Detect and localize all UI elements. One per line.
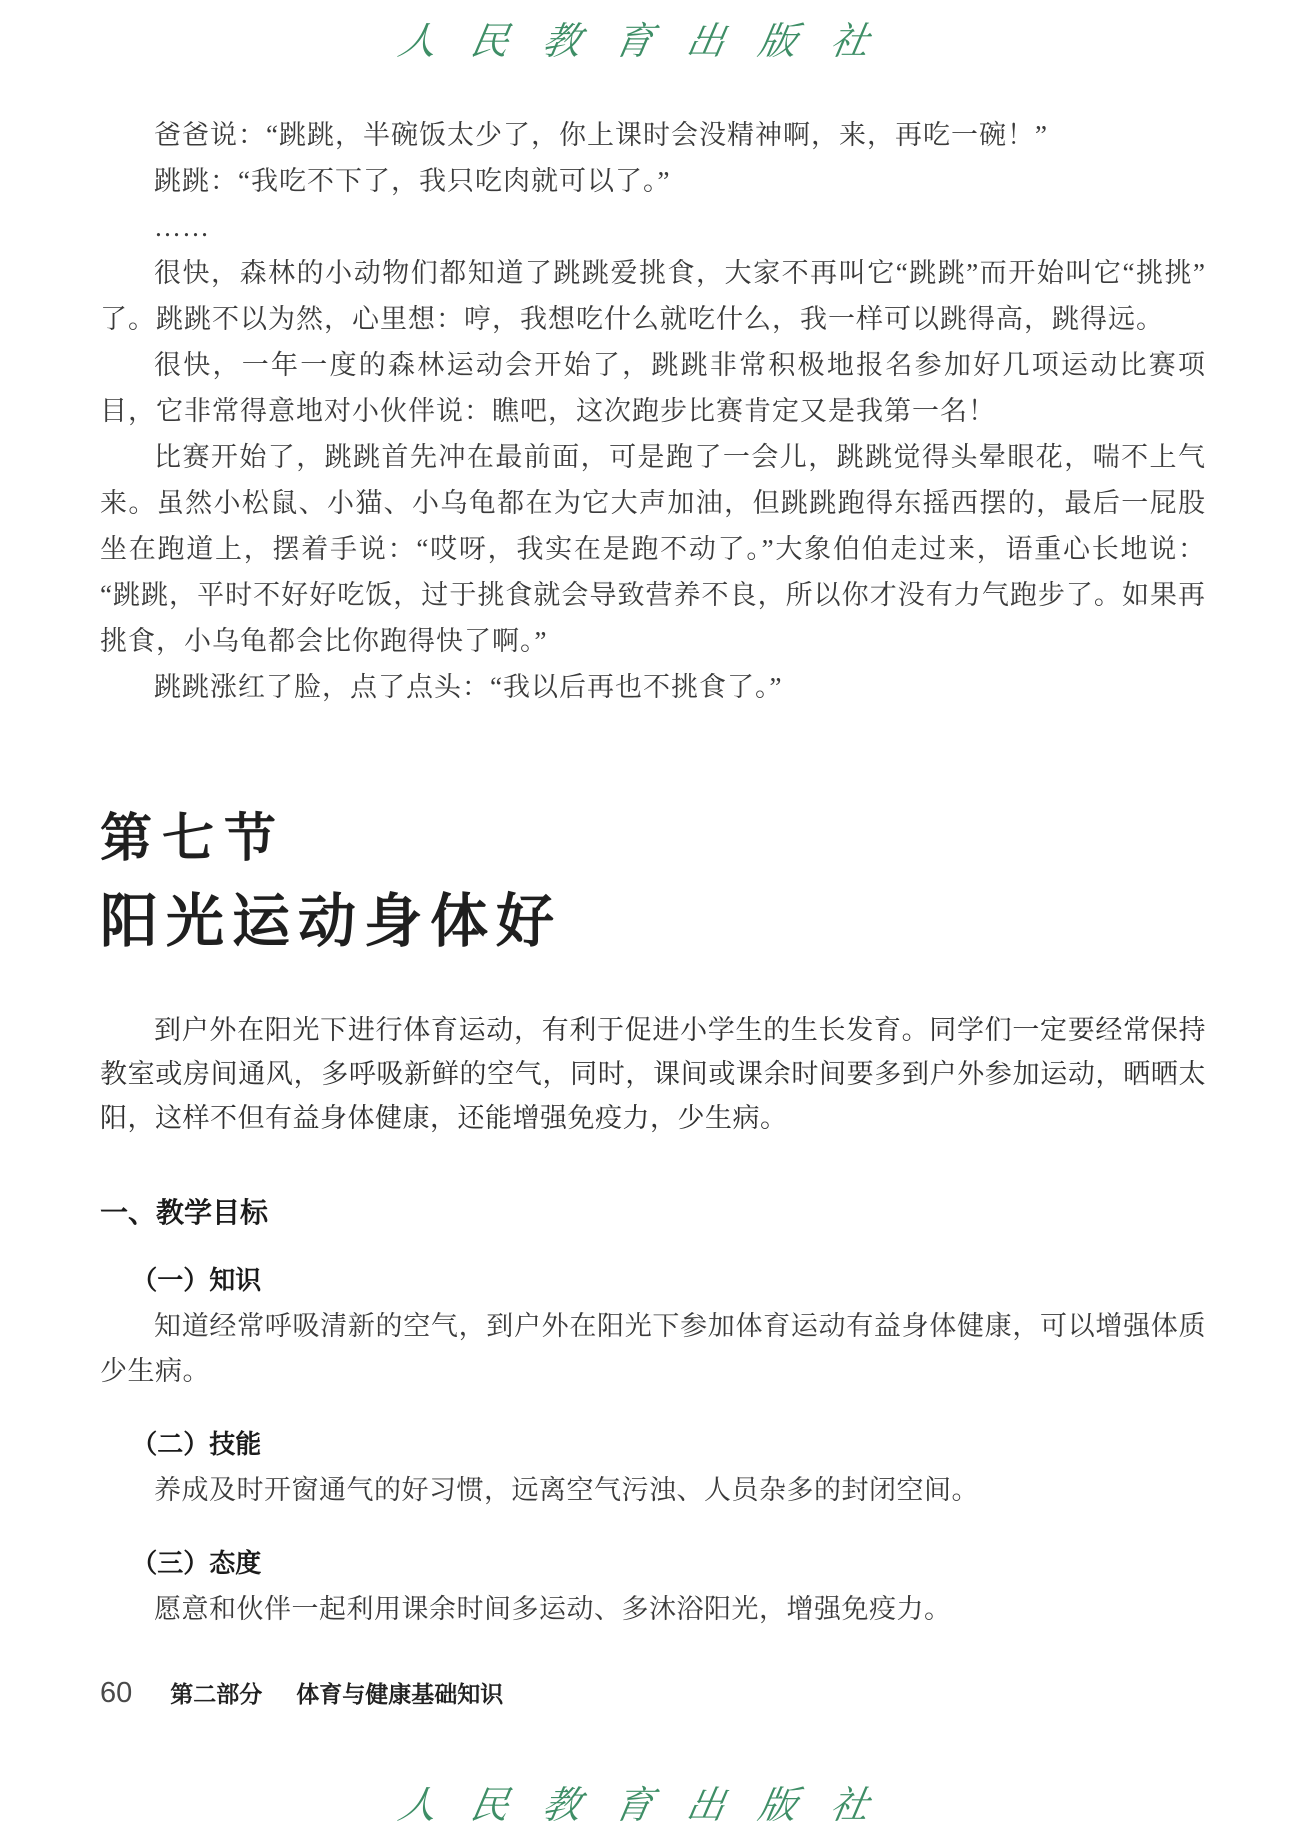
story-paragraph: 跳跳涨红了脸，点了点头：“我以后再也不挑食了。”: [100, 664, 1206, 710]
objectives-heading: 一、教学目标: [100, 1196, 1206, 1230]
page-number: 60: [100, 1677, 132, 1710]
page-footer: 60 第二部分 体育与健康基础知识: [100, 1676, 503, 1710]
section-title: 阳光运动身体好: [100, 886, 1206, 958]
objective-label-attitude: （三）态度: [100, 1545, 1206, 1581]
footer-book-title: 体育与健康基础知识: [296, 1676, 503, 1709]
objective-label-skill: （二）技能: [100, 1426, 1206, 1462]
story-paragraph: 比赛开始了，跳跳首先冲在最前面，可是跑了一会儿，跳跳觉得头晕眼花，喘不上气来。虽…: [100, 434, 1206, 664]
story-paragraph: 很快，一年一度的森林运动会开始了，跳跳非常积极地报名参加好几项运动比赛项目，它非…: [100, 342, 1206, 434]
story-paragraph-ellipsis: ……: [100, 204, 1206, 250]
objective-text-knowledge: 知道经常呼吸清新的空气，到户外在阳光下参加体育运动有益身体健康，可以增强体质少生…: [100, 1304, 1206, 1394]
story-paragraph: 很快，森林的小动物们都知道了跳跳爱挑食，大家不再叫它“跳跳”而开始叫它“挑挑”了…: [100, 250, 1206, 342]
story-block: 爸爸说：“跳跳，半碗饭太少了，你上课时会没精神啊，来，再吃一碗！” 跳跳：“我吃…: [100, 0, 1206, 710]
section-heading: 第七节 阳光运动身体好: [100, 808, 1206, 958]
objective-text-skill: 养成及时开窗通气的好习惯，远离空气污浊、人员杂多的封闭空间。: [100, 1468, 1206, 1513]
footer-part-label: 第二部分: [170, 1676, 262, 1709]
story-paragraph: 爸爸说：“跳跳，半碗饭太少了，你上课时会没精神啊，来，再吃一碗！”: [100, 112, 1206, 158]
section-number: 第七节: [100, 808, 1206, 872]
story-paragraph: 跳跳：“我吃不下了，我只吃肉就可以了。”: [100, 158, 1206, 204]
section-intro: 到户外在阳光下进行体育运动，有利于促进小学生的生长发育。同学们一定要经常保持教室…: [100, 1008, 1206, 1140]
textbook-page: 人民教育出版社 爸爸说：“跳跳，半碗饭太少了，你上课时会没精神啊，来，再吃一碗！…: [0, 0, 1303, 1842]
publisher-logo-footer: 人民教育出版社: [0, 1774, 1303, 1829]
objective-text-attitude: 愿意和伙伴一起利用课余时间多运动、多沐浴阳光，增强免疫力。: [100, 1587, 1206, 1632]
page-content: 爸爸说：“跳跳，半碗饭太少了，你上课时会没精神啊，来，再吃一碗！” 跳跳：“我吃…: [100, 0, 1206, 1632]
objective-label-knowledge: （一）知识: [100, 1262, 1206, 1298]
